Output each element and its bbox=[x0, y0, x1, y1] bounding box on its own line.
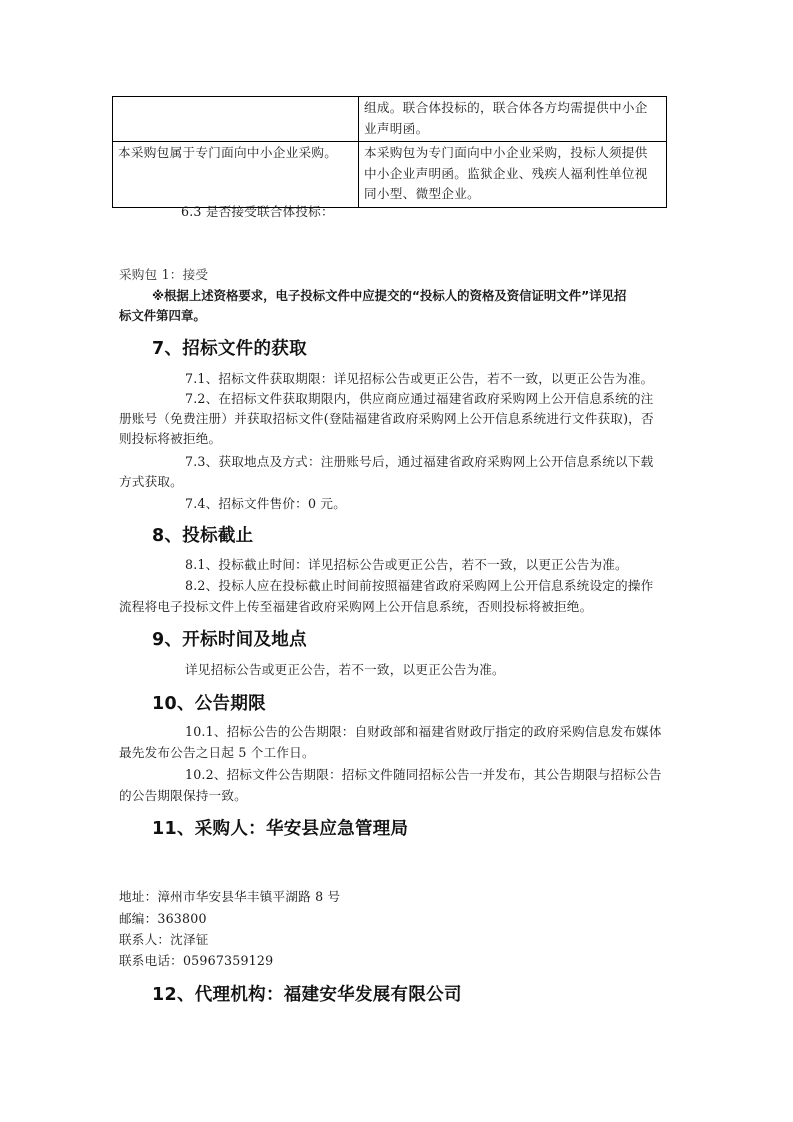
package-1-consortium: 采购包 1：接受 bbox=[119, 265, 208, 285]
section-8-2-line1: 8.2、投标人应在投标截止时间前按照福建省政府采购网上公开信息系统设定的操作 bbox=[185, 576, 653, 596]
section-7-4: 7.4、招标文件售价：0 元。 bbox=[185, 494, 346, 514]
section-12-title: 12、代理机构：福建安华发展有限公司 bbox=[152, 981, 462, 1006]
cell-line: 同小型、微型企业。 bbox=[364, 184, 660, 205]
cell-line: 本采购包为专门面向中小企业采购，投标人须提供 bbox=[364, 143, 660, 164]
cell-line: 中小企业声明函。监狱企业、残疾人福利性单位视 bbox=[364, 164, 660, 185]
section-7-2-line2: 册账号（免费注册）并获取招标文件(登陆福建省政府采购网上公开信息系统进行文件获取… bbox=[119, 409, 654, 429]
section-7-title: 7、招标文件的获取 bbox=[152, 335, 307, 360]
note-line-1: ※根据上述资格要求，电子投标文件中应提交的“投标人的资格及资信证明文件”详见招 bbox=[152, 286, 626, 304]
section-7-1: 7.1、招标文件获取期限：详见招标公告或更正公告，若不一致，以更正公告为准。 bbox=[185, 369, 653, 389]
purchaser-contact: 联系人：沈泽钲 bbox=[119, 930, 209, 950]
table-cell: 组成。联合体投标的，联合体各方均需提供中小企 业声明函。 bbox=[359, 97, 667, 142]
table-row: 本采购包属于专门面向中小企业采购。 本采购包为专门面向中小企业采购，投标人须提供… bbox=[113, 142, 667, 208]
table-cell: 本采购包属于专门面向中小企业采购。 bbox=[113, 142, 359, 208]
purchaser-address: 地址：漳州市华安县华丰镇平湖路 8 号 bbox=[119, 887, 340, 907]
section-8-title: 8、投标截止 bbox=[152, 522, 253, 547]
table-cell bbox=[113, 97, 359, 142]
section-8-2-line2: 流程将电子投标文件上传至福建省政府采购网上公开信息系统，否则投标将被拒绝。 bbox=[119, 597, 592, 617]
cell-line: 组成。联合体投标的，联合体各方均需提供中小企 bbox=[364, 98, 660, 119]
section-7-3-line1: 7.3、获取地点及方式：注册账号后，通过福建省政府采购网上公开信息系统以下载 bbox=[185, 452, 653, 472]
section-11-title: 11、采购人：华安县应急管理局 bbox=[152, 815, 408, 840]
section-10-2-line1: 10.2、招标文件公告期限：招标文件随同招标公告一并发布，其公告期限与招标公告 bbox=[185, 765, 662, 785]
table-cell: 本采购包为专门面向中小企业采购，投标人须提供 中小企业声明函。监狱企业、残疾人福… bbox=[359, 142, 667, 208]
clause-6-3: 6.3 是否接受联合体投标： bbox=[181, 202, 334, 222]
section-9-text: 详见招标公告或更正公告，若不一致，以更正公告为准。 bbox=[185, 660, 505, 680]
section-9-title: 9、开标时间及地点 bbox=[152, 626, 307, 651]
note-line-2: 标文件第四章。 bbox=[119, 306, 206, 324]
section-7-2-line1: 7.2、在招标文件获取期限内，供应商应通过福建省政府采购网上公开信息系统的注 bbox=[185, 389, 653, 409]
qualification-table: 组成。联合体投标的，联合体各方均需提供中小企 业声明函。 本采购包属于专门面向中… bbox=[112, 96, 667, 208]
section-10-title: 10、公告期限 bbox=[152, 690, 266, 715]
section-7-2-line3: 则投标将被拒绝。 bbox=[119, 429, 221, 449]
section-8-1: 8.1、投标截止时间：详见招标公告或更正公告，若不一致，以更正公告为准。 bbox=[185, 555, 628, 575]
section-10-1-line2: 最先发布公告之日起 5 个工作日。 bbox=[119, 743, 315, 763]
section-10-2-line2: 的公告期限保持一致。 bbox=[119, 786, 247, 806]
purchaser-postcode: 邮编：363800 bbox=[119, 909, 207, 929]
section-10-1-line1: 10.1、招标公告的公告期限：自财政部和福建省财政厅指定的政府采购信息发布媒体 bbox=[185, 722, 662, 742]
cell-line: 业声明函。 bbox=[364, 119, 660, 140]
table-row: 组成。联合体投标的，联合体各方均需提供中小企 业声明函。 bbox=[113, 97, 667, 142]
section-7-3-line2: 方式获取。 bbox=[119, 472, 183, 492]
purchaser-phone: 联系电话：05967359129 bbox=[119, 951, 273, 971]
